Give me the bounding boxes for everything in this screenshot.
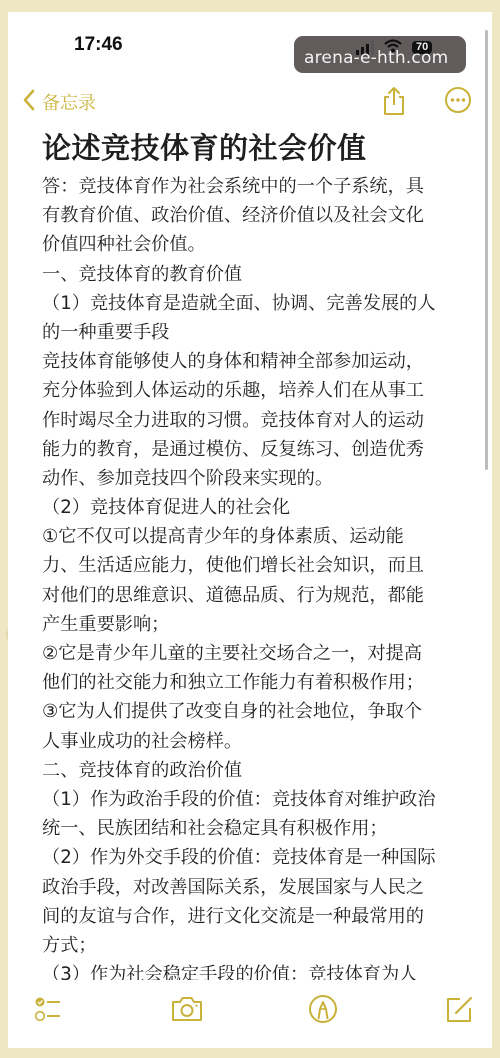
note-line: 的一种重要手段 (42, 318, 472, 347)
section-heading: 二、竞技体育的政治价值 (42, 756, 472, 785)
note-line: ①它不仅可以提高青少年的身体素质、运动能 (42, 522, 472, 551)
share-icon[interactable] (380, 86, 408, 114)
notes-app-screen: 17:46 70 arena-e-hth.com 备忘录 (8, 12, 492, 1048)
note-line: 有教育价值、政治价值、经济价值以及社会文化 (42, 201, 472, 230)
status-time: 17:46 (74, 34, 123, 56)
note-title[interactable]: 论述竞技体育的社会价值 (42, 126, 367, 167)
note-line: 能力的教育，是通过模仿、反复练习、创造优秀 (42, 435, 472, 464)
note-line: （2）竞技体育促进人的社会化 (42, 493, 472, 522)
note-line: 方式； (42, 931, 472, 960)
note-line: 政治手段，对改善国际关系，发展国家与人民之 (42, 873, 472, 902)
watermark-text: arena-e-hth.com (304, 48, 448, 68)
bottom-toolbar (8, 980, 492, 1048)
note-line: 作时竭尽全力进取的习惯。竞技体育对人的运动 (42, 406, 472, 435)
camera-icon[interactable] (170, 992, 204, 1026)
section-heading: 一、竞技体育的教育价值 (42, 260, 472, 289)
note-line: 统一、民族团结和社会稳定具有积极作用； (42, 814, 472, 843)
back-button[interactable]: 备忘录 (22, 88, 96, 116)
note-line: 竞技体育能够使人的身体和精神全部参加运动， (42, 347, 472, 376)
note-line: 人事业成功的社会榜样。 (42, 727, 472, 756)
note-line: 力、生活适应能力，使他们增长社会知识，而且 (42, 551, 472, 580)
note-line: （2）作为外交手段的价值：竞技体育是一种国际 (42, 843, 472, 872)
note-line: 动作、参加竞技四个阶段来实现的。 (42, 464, 472, 493)
vertical-scrollbar[interactable] (485, 30, 488, 470)
note-line: （1）竞技体育是造就全面、协调、完善发展的人 (42, 289, 472, 318)
note-line: 价值四种社会价值。 (42, 230, 472, 259)
note-line: 产生重要影响； (42, 610, 472, 639)
compose-icon[interactable] (442, 992, 476, 1026)
note-line: ②它是青少年儿童的主要社交场合之一，对提高 (42, 639, 472, 668)
note-line: 答：竞技体育作为社会系统中的一个子系统，具 (42, 172, 472, 201)
note-line: 间的友谊与合作，进行文化交流是一种最常用的 (42, 902, 472, 931)
note-line: 对他们的思维意识、道德品质、行为规范，都能 (42, 581, 472, 610)
checklist-icon[interactable] (32, 992, 66, 1026)
watermark-overlay: 70 arena-e-hth.com (294, 36, 466, 73)
chevron-left-icon (22, 88, 36, 116)
note-line: 他们的社交能力和独立工作能力有着积极作用； (42, 668, 472, 697)
markup-pen-icon[interactable] (306, 992, 340, 1026)
note-line: （1）作为政治手段的价值：竞技体育对维护政治 (42, 785, 472, 814)
back-label: 备忘录 (42, 89, 96, 115)
more-ellipsis-icon[interactable] (444, 86, 472, 114)
note-line: 充分体验到人体运动的乐趣，培养人们在从事工 (42, 376, 472, 405)
note-body[interactable]: 答：竞技体育作为社会系统中的一个子系统，具 有教育价值、政治价值、经济价值以及社… (42, 172, 472, 1032)
note-line: ③它为人们提供了改变自身的社会地位，争取个 (42, 697, 472, 726)
